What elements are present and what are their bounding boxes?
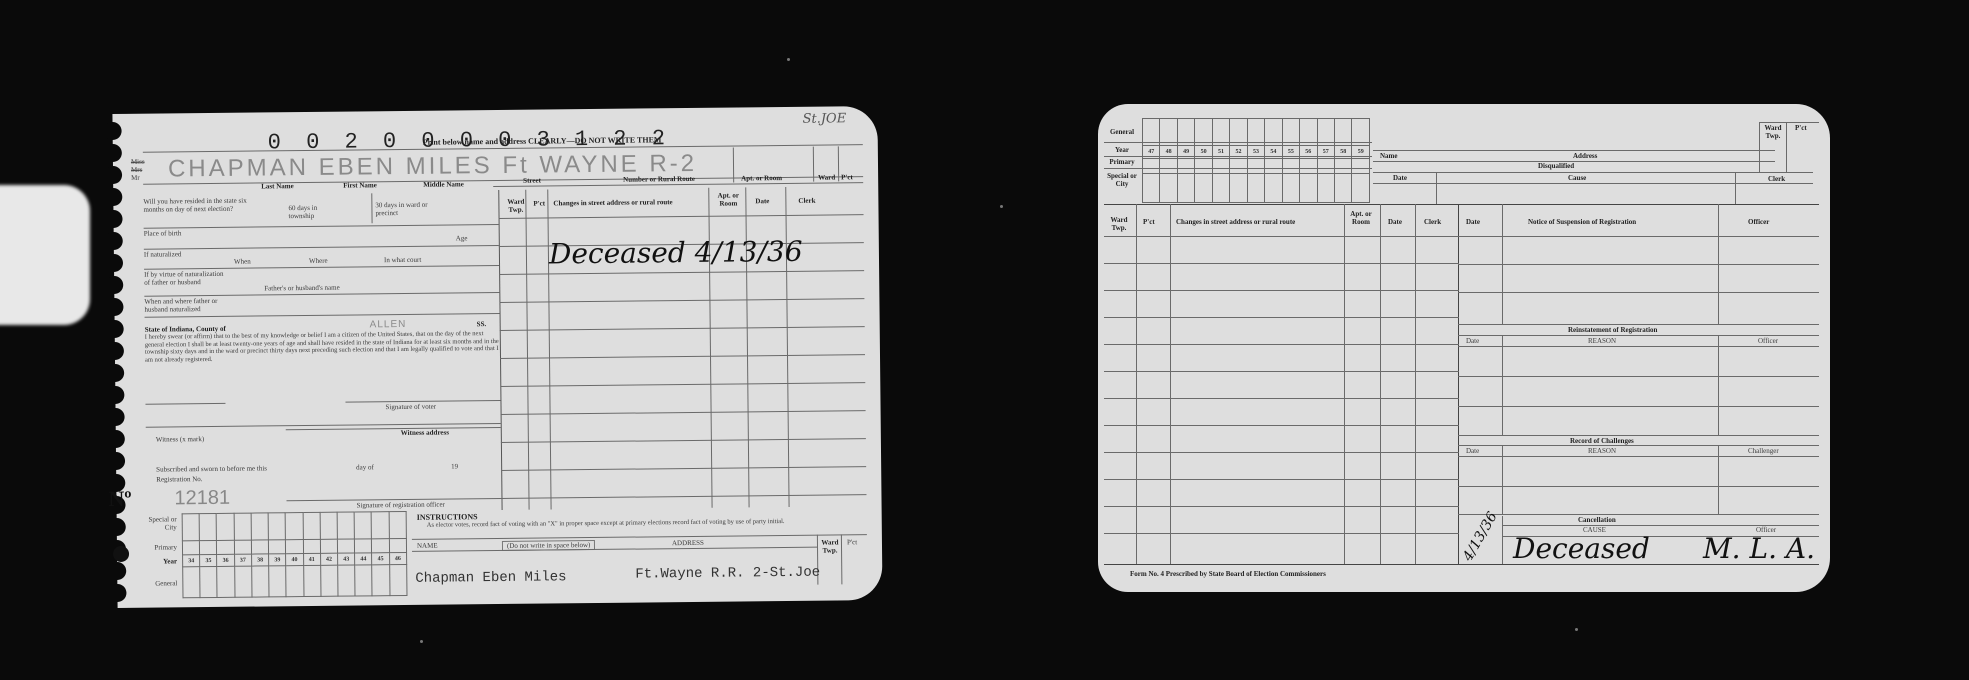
challenges-title: Record of Challenges <box>1570 437 1634 445</box>
residence-question: Will you have resided in the state six m… <box>143 197 253 214</box>
challenges-date-header: Date <box>1466 447 1479 455</box>
row-primary: Primary <box>137 543 177 551</box>
row-year: Year <box>137 557 177 565</box>
row-primary: Primary <box>1104 158 1140 166</box>
title-mr: Mr <box>131 174 140 182</box>
place-of-birth-label: Place of birth <box>144 229 184 237</box>
reinstatement-title: Reinstatement of Registration <box>1568 326 1657 334</box>
deceased-entry: Deceased 4/13/36 <box>549 235 803 271</box>
subscribed-label: Subscribed and sworn to before me this <box>156 464 267 473</box>
row-year: Year <box>1104 146 1140 154</box>
oath-text: I hereby swear (or affirm) that to the b… <box>145 330 500 364</box>
challenges-challenger-header: Challenger <box>1748 447 1779 455</box>
label-disqualified: Disqualified <box>1538 162 1574 170</box>
registrar-signature-label: Signature of registration officer <box>357 501 445 510</box>
label-pct: P'ct <box>1795 124 1807 132</box>
suspension-officer-header: Officer <box>1748 218 1769 226</box>
label-ward-twp: Ward Twp. <box>1761 124 1785 140</box>
registration-number: 12181 <box>174 487 230 511</box>
court-label: In what court <box>384 256 421 264</box>
registration-card-front: 0 0 2 0 0 0 0 3 1 2 2 Print below name a… <box>112 106 882 608</box>
number-symbol: Nº <box>108 486 131 512</box>
punch-hole <box>113 546 129 562</box>
when-where-label: When and where father or husband natural… <box>144 297 239 314</box>
form-footer: Form No. 4 Prescribed by State Board of … <box>1130 570 1326 578</box>
typed-address: Ft.Wayne R.R. 2-St.Joe <box>635 565 820 583</box>
col-changes: Changes in street address or rural route <box>553 198 672 207</box>
label-apt-room: Apt. or Room <box>741 174 782 182</box>
typed-name: Chapman Eben Miles <box>415 569 566 587</box>
footer-ward-label: Ward Twp. <box>819 538 841 554</box>
col-clerk: Clerk <box>798 197 815 205</box>
row-special-city: Special or City <box>137 515 177 531</box>
cancellation-date: 4/13/36 <box>1460 509 1501 564</box>
witness-address-label: Witness address <box>401 429 449 438</box>
reinstatement-officer-header: Officer <box>1758 337 1778 345</box>
label-clerk: Clerk <box>1768 175 1785 183</box>
label-last-name: Last Name <box>261 182 294 190</box>
footer-pct-label: P'ct <box>847 538 857 546</box>
label-middle-name: Middle Name <box>423 180 464 188</box>
row-general: General <box>1104 128 1140 136</box>
county-value: ALLEN <box>370 319 407 330</box>
col-apt-room: Apt. or Room <box>713 191 743 207</box>
year-prefix: 19 <box>451 462 458 470</box>
label-street: Street <box>523 177 541 185</box>
registration-label: Registration No. <box>156 475 202 483</box>
col-date: Date <box>1388 218 1402 226</box>
title-miss: Miss <box>131 158 145 166</box>
footer-address-label: ADDRESS <box>672 539 704 547</box>
where-label: Where <box>309 257 328 265</box>
ward-label: 30 days in ward or precinct <box>375 201 440 218</box>
footer-name-label: NAME <box>417 542 438 550</box>
dust-speck <box>420 640 423 643</box>
suspension-date-header: Date <box>1466 218 1480 226</box>
cancellation-officer: M. L. A. <box>1703 532 1815 565</box>
signature-label: Signature of voter <box>385 403 436 412</box>
dust-speck <box>787 58 790 61</box>
col-apt-room: Apt. or Room <box>1344 210 1378 226</box>
light-blob-artifact <box>0 185 90 325</box>
col-ward-twp: Ward Twp. <box>1104 216 1134 232</box>
day-of-label: day of <box>356 463 374 471</box>
reinstatement-date-header: Date <box>1466 337 1479 345</box>
label-cause: Cause <box>1568 174 1586 182</box>
vote-record-grid-right: 47484950515253545556575859 <box>1142 118 1370 203</box>
instructions-text: As elector votes, record fact of voting … <box>427 517 867 530</box>
label-first-name: First Name <box>343 181 377 189</box>
by-virtue-label: If by virtue of naturalization of father… <box>144 270 229 287</box>
challenges-reason-header: REASON <box>1588 447 1616 455</box>
title-mrs: Mrs <box>131 166 142 174</box>
age-label: Age <box>456 234 468 242</box>
row-special-city: Special or City <box>1104 172 1140 188</box>
dust-speck <box>1575 628 1578 631</box>
vote-record-grid-left: 34353637383940414243444546 <box>182 511 408 598</box>
cancellation-cause: Deceased <box>1513 532 1650 565</box>
label-address: Address <box>1573 152 1597 160</box>
father-name-label: Father's or husband's name <box>264 284 340 293</box>
col-date: Date <box>755 197 769 205</box>
label-ward: Ward <box>818 173 835 181</box>
col-clerk: Clerk <box>1424 218 1441 226</box>
label-name: Name <box>1380 152 1398 160</box>
cancellation-title: Cancellation <box>1578 516 1616 524</box>
col-pct: P'ct <box>533 199 545 207</box>
suspension-title: Notice of Suspension of Registration <box>1528 218 1636 226</box>
naturalized-label: If naturalized <box>144 250 184 258</box>
col-pct: P'ct <box>1143 218 1155 226</box>
corner-annotation: St.JOE <box>802 111 846 126</box>
col-changes: Changes in street address or rural route <box>1176 218 1295 226</box>
label-rural-route: Number or Rural Route <box>623 175 695 184</box>
reinstatement-reason-header: REASON <box>1588 337 1616 345</box>
ss-label: SS. <box>477 320 487 328</box>
label-pct: P'ct <box>841 173 853 181</box>
when-label: When <box>234 258 251 266</box>
dust-speck <box>1000 205 1003 208</box>
registration-card-back: General Year Primary Special or City 474… <box>1098 104 1830 592</box>
witness-label: Witness (x mark) <box>156 435 204 444</box>
row-general: General <box>137 579 177 587</box>
label-date: Date <box>1393 174 1407 182</box>
township-label: 60 days in township <box>288 204 343 221</box>
